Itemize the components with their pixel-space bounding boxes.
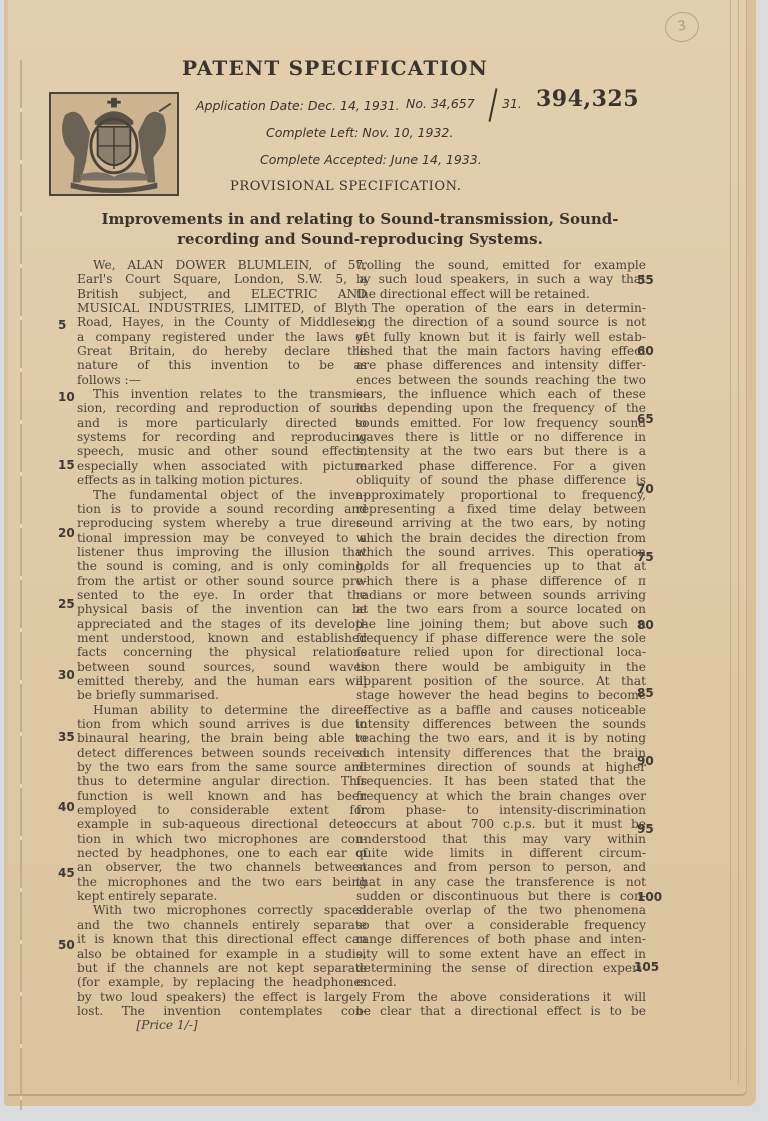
text-line: understood that this may vary within — [356, 832, 646, 846]
binding-stitch — [20, 60, 22, 1110]
text-line: lished that the main factors having effe… — [356, 344, 646, 358]
text-line: yet fully known but it is fairly well es… — [356, 330, 646, 344]
text-line: frequency at which the brain changes ove… — [356, 789, 646, 803]
text-line: tion in which two microphones are con- — [77, 832, 367, 846]
text-line: reproducing system whereby a true direc- — [77, 516, 367, 530]
text-line: that in any case the transference is not — [356, 875, 646, 889]
text-line: also be obtained for example in a studio… — [77, 947, 367, 961]
text-line: determines direction of sounds at higher — [356, 760, 646, 774]
text-line: effective as a baffle and causes noticea… — [356, 703, 646, 717]
application-date: Application Date: Dec. 14, 1931. — [196, 98, 400, 113]
patent-number: 394,325 — [536, 86, 639, 112]
text-line: which the sound arrives. This operation — [356, 545, 646, 559]
text-line: radians or more between sounds arriving — [356, 588, 646, 602]
section-heading: PROVISIONAL SPECIFICATION. — [230, 179, 461, 194]
text-line: by the two ears from the same source and — [77, 760, 367, 774]
document-title-line-2: recording and Sound-reproducing Systems. — [100, 229, 620, 249]
line-number: 30 — [58, 668, 75, 682]
text-line: Great Britain, do hereby declare the — [77, 344, 367, 358]
text-line: appreciated and the stages of its develo… — [77, 617, 367, 631]
text-line: intensity at the two ears but there is a — [356, 444, 646, 458]
page-edge — [738, 0, 739, 1085]
text-line: kept entirely separate. — [77, 889, 367, 903]
text-line: but if the channels are not kept separat… — [77, 961, 367, 975]
text-line: which there is a phase difference of π — [356, 574, 646, 588]
text-line: nected by headphones, one to each ear of — [77, 846, 367, 860]
text-line: tion there would be ambiguity in the — [356, 660, 646, 674]
line-number: 35 — [58, 730, 75, 744]
text-line: binaural hearing, the brain being able t… — [77, 731, 367, 745]
text-line: British subject, and ELECTRIC AND — [77, 287, 367, 301]
text-line: and is more particularly directed to — [77, 416, 367, 430]
text-line: it is known that this directional effect… — [77, 932, 367, 946]
text-line: holds for all frequencies up to that at — [356, 559, 646, 573]
text-line: from the artist or other sound source pr… — [77, 574, 367, 588]
text-line: lost. The invention contemplates con- — [77, 1004, 367, 1018]
right-text-column: trolling the sound, emitted for example … — [356, 258, 646, 1018]
text-line: The fundamental object of the inven- — [77, 488, 367, 502]
left-text-column: We, ALAN DOWER BLUMLEIN, of 57, Earl's C… — [77, 258, 367, 1033]
complete-left-date: Complete Left: Nov. 10, 1932. — [266, 125, 453, 140]
text-line: which the brain decides the direction fr… — [356, 531, 646, 545]
text-line: enced. — [356, 975, 646, 989]
text-line: siderable overlap of the two phenomena — [356, 903, 646, 917]
complete-accepted-date: Complete Accepted: June 14, 1933. — [260, 152, 482, 167]
line-number: 5 — [58, 318, 66, 332]
text-line: MUSICAL INDUSTRIES, LIMITED, of Blyth — [77, 301, 367, 315]
text-line: effects as in talking motion pictures. — [77, 473, 367, 487]
text-line: be clear that a directional effect is to… — [356, 1004, 646, 1018]
page-edge — [730, 0, 731, 1080]
line-number: 40 — [58, 800, 75, 814]
text-line: example in sub-aqueous directional detec… — [77, 817, 367, 831]
text-line: Earl's Court Square, London, S.W. 5, a — [77, 272, 367, 286]
line-number: 15 — [58, 458, 75, 472]
application-year: 31. — [502, 96, 522, 111]
text-line: stage however the head begins to become — [356, 688, 646, 702]
text-line: employed to considerable extent for — [77, 803, 367, 817]
text-line: trolling the sound, emitted for example — [356, 258, 646, 272]
text-line: With two microphones correctly spaced — [77, 903, 367, 917]
text-line: thus to determine angular direction. Thi… — [77, 774, 367, 788]
text-line: occurs at about 700 c.p.s. but it must b… — [356, 817, 646, 831]
text-line: The operation of the ears in determin- — [356, 301, 646, 315]
text-line: marked phase difference. For a given — [356, 459, 646, 473]
line-number: 25 — [58, 597, 75, 611]
text-line: intensity differences between the sounds — [356, 717, 646, 731]
text-line: sudden or discontinuous but there is con… — [356, 889, 646, 903]
text-line: determining the sense of direction exper… — [356, 961, 646, 975]
text-line: emitted thereby, and the human ears will — [77, 674, 367, 688]
text-line: from phase- to intensity-discrimination — [356, 803, 646, 817]
text-line: the line joining them; but above such a — [356, 617, 646, 631]
text-line: listener thus improving the illusion tha… — [77, 545, 367, 559]
text-line: especially when associated with picture — [77, 459, 367, 473]
text-line: so that over a considerable frequency — [356, 918, 646, 932]
text-line: and the two channels entirely separate — [77, 918, 367, 932]
price-label: [Price 1/-] — [77, 1018, 367, 1032]
text-line: Human ability to determine the direc- — [77, 703, 367, 717]
text-line: ing the direction of a sound source is n… — [356, 315, 646, 329]
text-line: follows :— — [77, 373, 367, 387]
text-line: sented to the eye. In order that the — [77, 588, 367, 602]
text-line: the directional effect will be retained. — [356, 287, 646, 301]
document-title: Improvements in and relating to Sound-tr… — [100, 209, 620, 249]
text-line: at the two ears from a source located on — [356, 602, 646, 616]
text-line: sion, recording and reproduction of soun… — [77, 401, 367, 415]
text-line: ment understood, known and established — [77, 631, 367, 645]
line-number: 10 — [58, 390, 75, 404]
text-line: be briefly summarised. — [77, 688, 367, 702]
text-line: speech, music and other sound effects, — [77, 444, 367, 458]
text-line: stances and from person to person, and — [356, 860, 646, 874]
text-line: sound arriving at the two ears, by notin… — [356, 516, 646, 530]
text-line: representing a fixed time delay between — [356, 502, 646, 516]
text-line: tion from which sound arrives is due to — [77, 717, 367, 731]
text-line: are phase differences and intensity diff… — [356, 358, 646, 372]
line-number: 50 — [58, 938, 75, 952]
text-line: such intensity differences that the brai… — [356, 746, 646, 760]
text-line: This invention relates to the transmis- — [77, 387, 367, 401]
text-line: nature of this invention to be as — [77, 358, 367, 372]
text-line: has depending upon the frequency of the — [356, 401, 646, 415]
royal-coat-of-arms-icon — [49, 92, 179, 196]
text-line: systems for recording and reproducing — [77, 430, 367, 444]
text-line: range differences of both phase and inte… — [356, 932, 646, 946]
text-line: obliquity of sound the phase difference … — [356, 473, 646, 487]
text-line: tional impression may be conveyed to a — [77, 531, 367, 545]
text-line: by two loud speakers) the effect is larg… — [77, 990, 367, 1004]
line-number: 20 — [58, 526, 75, 540]
document-title-line-1: Improvements in and relating to Sound-tr… — [100, 209, 620, 229]
text-line: From the above considerations it will — [356, 990, 646, 1004]
application-number: No. 34,657 — [406, 96, 475, 111]
text-line: frequencies. It has been stated that the — [356, 774, 646, 788]
text-line: facts concerning the physical relations — [77, 645, 367, 659]
text-line: We, ALAN DOWER BLUMLEIN, of 57, — [77, 258, 367, 272]
text-line: Road, Hayes, in the County of Middlesex, — [77, 315, 367, 329]
text-line: physical basis of the invention can be — [77, 602, 367, 616]
text-line: ears, the influence which each of these — [356, 387, 646, 401]
text-line: (for example, by replacing the headphone… — [77, 975, 367, 989]
text-line: ences between the sounds reaching the tw… — [356, 373, 646, 387]
text-line: quite wide limits in different circum- — [356, 846, 646, 860]
text-line: sounds emitted. For low frequency sound — [356, 416, 646, 430]
document-header-title: PATENT SPECIFICATION — [182, 56, 488, 80]
text-line: detect differences between sounds receiv… — [77, 746, 367, 760]
text-line: a company registered under the laws of — [77, 330, 367, 344]
text-line: apparent position of the source. At that — [356, 674, 646, 688]
text-line: by such loud speakers, in such a way tha… — [356, 272, 646, 286]
line-number: 45 — [58, 866, 75, 880]
text-line: frequency if phase difference were the s… — [356, 631, 646, 645]
text-line: reaching the two ears, and it is by noti… — [356, 731, 646, 745]
text-line: approximately proportional to frequency, — [356, 488, 646, 502]
text-line: waves there is little or no difference i… — [356, 430, 646, 444]
text-line: sity will to some extent have an effect … — [356, 947, 646, 961]
text-line: feature relied upon for directional loca… — [356, 645, 646, 659]
text-line: between sound sources, sound waves — [77, 660, 367, 674]
text-line: function is well known and has been — [77, 789, 367, 803]
text-line: an observer, the two channels between — [77, 860, 367, 874]
text-line: the sound is coming, and is only coming, — [77, 559, 367, 573]
text-line: tion is to provide a sound recording and — [77, 502, 367, 516]
text-line: the microphones and the two ears being — [77, 875, 367, 889]
